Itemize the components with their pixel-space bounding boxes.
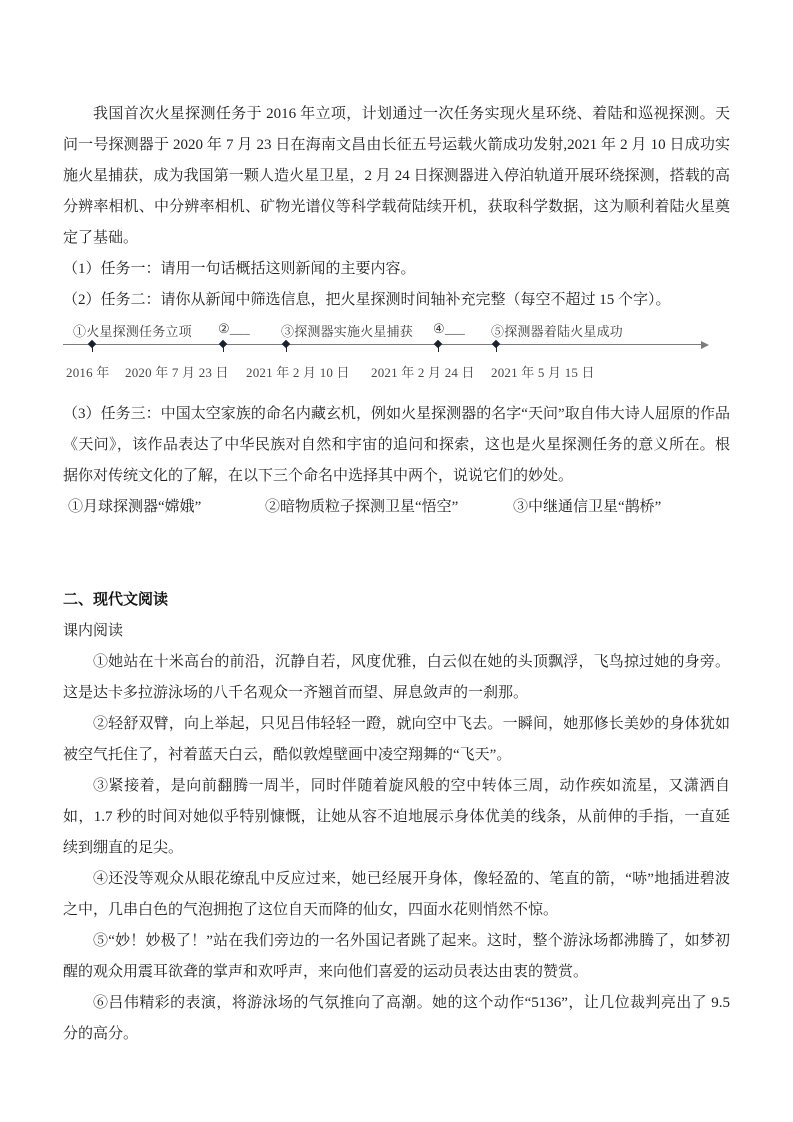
timeline-label: ①火星探测任务立项 (73, 321, 192, 340)
timeline-label: ⑤探测器着陆火星成功 (491, 321, 623, 340)
timeline-date: 2021 年 5 月 15 日 (491, 362, 595, 381)
task3-line: （3）任务三：中国太空家族的命名内藏玄机，例如火星探测器的名字“天问”取自伟大诗… (63, 399, 730, 492)
naming-options-row: ①月球探测器“嫦娥” ②暗物质粒子探测卫星“悟空” ③中继通信卫星“鹊桥” (63, 492, 730, 523)
intro-paragraph: 我国首次火星探测任务于 2016 年立项，计划通过一次任务实现火星环绕、着陆和巡… (63, 99, 730, 254)
task2-line: （2）任务二：请你从新闻中筛选信息，把火星探测时间轴补充完整（每空不超过 15 … (63, 285, 730, 316)
timeline-date: 2016 年 (66, 362, 109, 381)
document-page: 我国首次火星探测任务于 2016 年立项，计划通过一次任务实现火星环绕、着陆和巡… (0, 0, 793, 1122)
task1-line: （1）任务一：请用一句话概括这则新闻的主要内容。 (63, 254, 730, 285)
subsection-label: 课内阅读 (63, 616, 730, 647)
naming-option: ①月球探测器“嫦娥” (68, 492, 201, 523)
reading-paragraph: ④还没等观众从眼花缭乱中反应过来，她已经展开身体，像轻盈的、笔直的箭，“哧”地插… (63, 864, 730, 926)
timeline-arrow-icon (701, 341, 709, 349)
timeline-label-blank: ④___ (433, 321, 465, 337)
timeline-axis-line (63, 344, 703, 345)
naming-option: ②暗物质粒子探测卫星“悟空” (265, 492, 458, 523)
section-heading: 二、现代文阅读 (63, 585, 730, 616)
timeline-date: 2021 年 2 月 24 日 (371, 362, 475, 381)
reading-paragraph: ①她站在十米高台的前沿，沉静自若，风度优雅，白云似在她的头顶飘浮，飞鸟掠过她的身… (63, 647, 730, 709)
naming-option: ③中继通信卫星“鹊桥” (513, 492, 661, 523)
reading-paragraph: ⑥吕伟精彩的表演，将游泳场的气氛推向了高潮。她的这个动作“5136”，让几位裁判… (63, 988, 730, 1050)
reading-paragraph: ②轻舒双臂，向上举起，只见吕伟轻轻一蹬，就向空中飞去。一瞬间，她那修长美妙的身体… (63, 709, 730, 771)
timeline-label: ③探测器实施火星捕获 (281, 321, 413, 340)
reading-paragraph: ③紧接着，是向前翻腾一周半，同时伴随着旋风般的空中转体三周，动作疾如流星，又潇洒… (63, 771, 730, 864)
timeline-date: 2021 年 2 月 10 日 (246, 362, 350, 381)
timeline-label-blank: ②___ (218, 321, 250, 337)
reading-paragraph: ⑤“妙！妙极了！”站在我们旁边的一名外国记者跳了起来。这时，整个游泳场都沸腾了，… (63, 926, 730, 988)
timeline-date: 2020 年 7 月 23 日 (125, 362, 229, 381)
mars-timeline-figure: ①火星探测任务立项 ②___ ③探测器实施火星捕获 ④___ ⑤探测器着陆火星成… (63, 316, 730, 399)
